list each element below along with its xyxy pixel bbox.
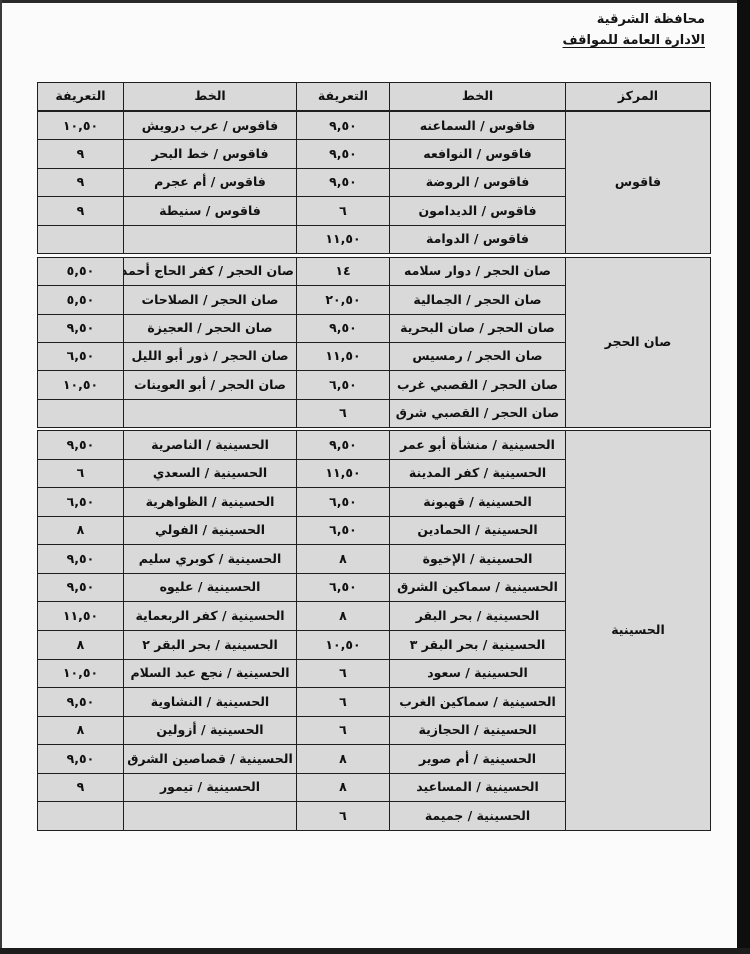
blank-cell bbox=[38, 399, 124, 427]
line-cell: فاقوس / السماعنه bbox=[390, 112, 566, 140]
line-cell: الحسينية / قهبونة bbox=[390, 488, 566, 517]
tariff-cell: ٦,٥٠ bbox=[297, 516, 390, 545]
blank-cell bbox=[124, 802, 297, 831]
line-cell: صان الحجر / الجمالية bbox=[390, 286, 566, 314]
tariff-cell: ٦ bbox=[297, 688, 390, 717]
line-cell: فاقوس / الديدامون bbox=[390, 197, 566, 225]
tariff-cell: ٩,٥٠ bbox=[297, 431, 390, 460]
line-cell: الحسينية / نجع عبد السلام bbox=[124, 659, 297, 688]
tariff-cell: ٨ bbox=[38, 516, 124, 545]
tariff-block-2: الحسينيةالحسينية / منشأة أبو عمر٩,٥٠الحس… bbox=[37, 430, 711, 831]
line-cell: الحسينية / سعود bbox=[390, 659, 566, 688]
line-cell: الحسينية / الحجازية bbox=[390, 716, 566, 745]
tariff-cell: ٩ bbox=[38, 140, 124, 168]
document-header: محافظة الشرقية الادارة العامة للمواقف bbox=[563, 9, 705, 51]
blank-cell bbox=[38, 225, 124, 253]
tariff-cell: ٨ bbox=[297, 602, 390, 631]
line-cell: الحسينية / أم صوير bbox=[390, 745, 566, 774]
tariff-cell: ٩,٥٠ bbox=[38, 745, 124, 774]
blank-cell bbox=[124, 225, 297, 253]
line-cell: الحسينية / بحر البقر bbox=[390, 602, 566, 631]
table-row: صان الحجرصان الحجر / دوار سلامه١٤صان الح… bbox=[38, 258, 711, 286]
tariff-cell: ١٤ bbox=[297, 258, 390, 286]
scan-edge-left bbox=[0, 0, 2, 954]
tariff-cell: ٩ bbox=[38, 773, 124, 802]
tariff-cell: ٦ bbox=[38, 459, 124, 488]
scan-edge-bottom bbox=[0, 948, 750, 954]
center-name-cell: فاقوس bbox=[566, 112, 711, 254]
tariff-cell: ٩,٥٠ bbox=[297, 112, 390, 140]
tariff-cell: ٦,٥٠ bbox=[38, 342, 124, 370]
line-cell: صان الحجر / صان البحرية bbox=[390, 314, 566, 342]
line-cell: الحسينية / سماكين الشرق bbox=[390, 573, 566, 602]
line-cell: الحسينية / السعدي bbox=[124, 459, 297, 488]
line-cell: الحسينية / الفولي bbox=[124, 516, 297, 545]
column-header-tariff-1: التعريفة bbox=[297, 83, 390, 111]
line-cell: صان الحجر / ذور أبو الليل bbox=[124, 342, 297, 370]
line-cell: فاقوس / النوافعه bbox=[390, 140, 566, 168]
line-cell: الحسينية / جميمة bbox=[390, 802, 566, 831]
line-cell: الحسينية / الحمادين bbox=[390, 516, 566, 545]
line-cell: الحسينية / منشأة أبو عمر bbox=[390, 431, 566, 460]
tariff-cell: ٩,٥٠ bbox=[297, 168, 390, 196]
line-cell: صان الحجر / أبو العوينات bbox=[124, 371, 297, 399]
line-cell: صان الحجر / رمسيس bbox=[390, 342, 566, 370]
line-cell: الحسينية / الإخيوة bbox=[390, 545, 566, 574]
center-name-cell: الحسينية bbox=[566, 431, 711, 831]
line-cell: فاقوس / سنيطة bbox=[124, 197, 297, 225]
tariff-cell: ١١,٥٠ bbox=[297, 225, 390, 253]
line-cell: الحسينية / قصاصين الشرق bbox=[124, 745, 297, 774]
tariff-cell: ١٠,٥٠ bbox=[38, 659, 124, 688]
column-header-line-2: الخط bbox=[124, 83, 297, 111]
line-cell: الحسينية / كفر المدينة bbox=[390, 459, 566, 488]
line-cell: الحسينية / بحر البقر ٢ bbox=[124, 630, 297, 659]
tariff-block-0: فاقوسفاقوس / السماعنه٩,٥٠فاقوس / عرب درو… bbox=[37, 111, 711, 254]
tariff-cell: ٩ bbox=[38, 197, 124, 225]
department-title: الادارة العامة للمواقف bbox=[563, 30, 705, 51]
line-cell: الحسينية / الناصرية bbox=[124, 431, 297, 460]
line-cell: فاقوس / الروضة bbox=[390, 168, 566, 196]
tariff-cell: ٦ bbox=[297, 197, 390, 225]
tariff-cell: ١١,٥٠ bbox=[297, 342, 390, 370]
tariff-cell: ٨ bbox=[297, 773, 390, 802]
tariff-cell: ٥,٥٠ bbox=[38, 258, 124, 286]
tariff-cell: ٨ bbox=[297, 745, 390, 774]
line-cell: فاقوس / الدوامة bbox=[390, 225, 566, 253]
blank-cell bbox=[38, 802, 124, 831]
tariff-cell: ٨ bbox=[297, 545, 390, 574]
line-cell: الحسينية / كوبري سليم bbox=[124, 545, 297, 574]
tariff-cell: ٩,٥٠ bbox=[38, 688, 124, 717]
tariff-cell: ٦ bbox=[297, 716, 390, 745]
tariff-cell: ٩ bbox=[38, 168, 124, 196]
line-cell: الحسينية / المساعيد bbox=[390, 773, 566, 802]
tariff-cell: ٢٠,٥٠ bbox=[297, 286, 390, 314]
line-cell: فاقوس / أم عجرم bbox=[124, 168, 297, 196]
column-header-tariff-2: التعريفة bbox=[38, 83, 124, 111]
tariff-cell: ٩,٥٠ bbox=[38, 431, 124, 460]
line-cell: صان الحجر / كفر الحاج أحمد bbox=[124, 258, 297, 286]
scanned-page: محافظة الشرقية الادارة العامة للمواقف ال… bbox=[0, 0, 750, 954]
line-cell: صان الحجر / العجيزة bbox=[124, 314, 297, 342]
governorate-title: محافظة الشرقية bbox=[563, 9, 705, 30]
line-cell: الحسينية / كفر الربعماية bbox=[124, 602, 297, 631]
tariff-cell: ٦,٥٠ bbox=[297, 488, 390, 517]
tariff-cell: ٥,٥٠ bbox=[38, 286, 124, 314]
tariff-cell: ٦,٥٠ bbox=[297, 371, 390, 399]
line-cell: الحسينية / سماكين الغرب bbox=[390, 688, 566, 717]
table-row: الحسينيةالحسينية / منشأة أبو عمر٩,٥٠الحس… bbox=[38, 431, 711, 460]
line-cell: صان الحجر / القصبي غرب bbox=[390, 371, 566, 399]
tariff-cell: ٩,٥٠ bbox=[297, 140, 390, 168]
tariff-cell: ١٠,٥٠ bbox=[38, 371, 124, 399]
line-cell: الحسينية / عليوه bbox=[124, 573, 297, 602]
tariff-cell: ١٠,٥٠ bbox=[38, 112, 124, 140]
tariff-cell: ٩,٥٠ bbox=[297, 314, 390, 342]
tariff-cell: ٦ bbox=[297, 802, 390, 831]
tariff-cell: ١١,٥٠ bbox=[297, 459, 390, 488]
tariff-cell: ١١,٥٠ bbox=[38, 602, 124, 631]
tariff-cell: ٨ bbox=[38, 716, 124, 745]
line-cell: الحسينية / تيمور bbox=[124, 773, 297, 802]
center-name-cell: صان الحجر bbox=[566, 258, 711, 428]
column-header-center: المركز bbox=[566, 83, 711, 111]
tariff-cell: ٦,٥٠ bbox=[297, 573, 390, 602]
table-header-row: المركز الخط التعريفة الخط التعريفة bbox=[37, 82, 711, 111]
tariff-cell: ٦,٥٠ bbox=[38, 488, 124, 517]
blank-cell bbox=[124, 399, 297, 427]
tariff-block-1: صان الحجرصان الحجر / دوار سلامه١٤صان الح… bbox=[37, 257, 711, 428]
tariff-cell: ١٠,٥٠ bbox=[297, 630, 390, 659]
tariff-cell: ٩,٥٠ bbox=[38, 545, 124, 574]
tariff-cell: ٩,٥٠ bbox=[38, 573, 124, 602]
line-cell: الحسينية / الظواهرية bbox=[124, 488, 297, 517]
line-cell: فاقوس / خط البحر bbox=[124, 140, 297, 168]
scan-edge-top bbox=[0, 0, 750, 3]
tariff-cell: ٨ bbox=[38, 630, 124, 659]
tariff-cell: ٦ bbox=[297, 659, 390, 688]
header-row: المركز الخط التعريفة الخط التعريفة bbox=[38, 83, 711, 111]
line-cell: صان الحجر / القصبي شرق bbox=[390, 399, 566, 427]
line-cell: صان الحجر / الصلاحات bbox=[124, 286, 297, 314]
line-cell: الحسينية / بحر البقر ٣ bbox=[390, 630, 566, 659]
tariff-cell: ٩,٥٠ bbox=[38, 314, 124, 342]
tariff-cell: ٦ bbox=[297, 399, 390, 427]
line-cell: الحسينية / النشاوية bbox=[124, 688, 297, 717]
line-cell: صان الحجر / دوار سلامه bbox=[390, 258, 566, 286]
line-cell: الحسينية / أزولين bbox=[124, 716, 297, 745]
scan-edge-right bbox=[737, 0, 750, 954]
line-cell: فاقوس / عرب درويش bbox=[124, 112, 297, 140]
table-row: فاقوسفاقوس / السماعنه٩,٥٠فاقوس / عرب درو… bbox=[38, 112, 711, 140]
column-header-line-1: الخط bbox=[390, 83, 566, 111]
